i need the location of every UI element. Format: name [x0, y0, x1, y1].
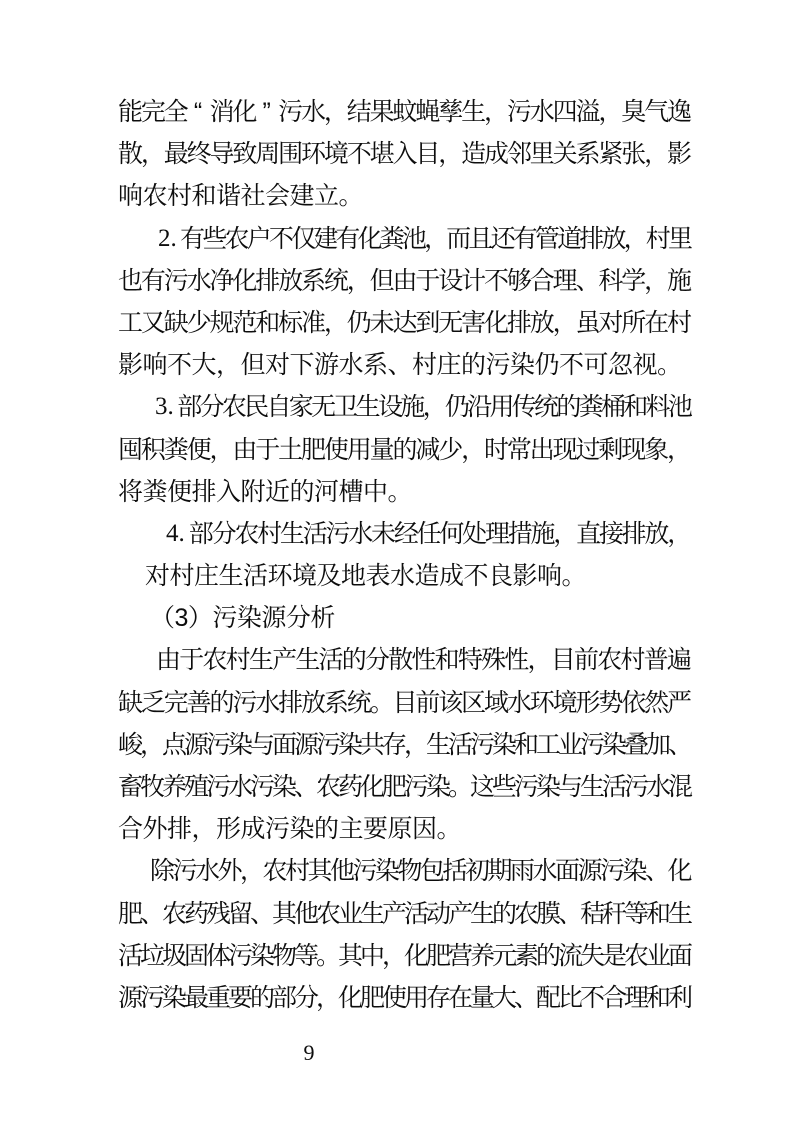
page-number: 9: [298, 1040, 320, 1066]
text-line: （3）污染源分析: [118, 597, 690, 639]
text-line: 响农村和谐社会建立。: [118, 175, 690, 217]
text-line: 肥、农药残留、其他农业生产活动产生的农膜、秸秆等和生: [118, 893, 690, 935]
text-line: 合外排，形成污染的主要原因。: [118, 808, 690, 850]
text-line: 影响不大，但对下游水系、村庄的污染仍不可忽视。: [118, 344, 690, 386]
text-line: 4.部分农村生活污水未经任何处理措施，直接排放，: [118, 513, 690, 555]
text-line: 2.有些农户不仅建有化粪池，而且还有管道排放，村里: [118, 218, 690, 260]
text-line: 将粪便排入附近的河槽中。: [118, 471, 690, 513]
text-line: 对村庄生活环境及地表水造成不良影响。: [118, 555, 690, 597]
text-line: 散，最终导致周围环境不堪入目，造成邻里关系紧张，影: [118, 133, 690, 175]
text-line: 3.部分农民自家无卫生设施，仍沿用传统的粪桶和料池: [118, 386, 690, 428]
text-line: 由于农村生产生活的分散性和特殊性，目前农村普遍: [118, 639, 690, 681]
text-line: 工又缺少规范和标准，仍未达到无害化排放，虽对所在村: [118, 302, 690, 344]
document-page: 能完全“消化”污水，结果蚊蝇孳生，污水四溢，臭气逸散，最终导致周围环境不堪入目，…: [0, 0, 793, 1122]
text-line: 除污水外，农村其他污染物包括初期雨水面源污染、化: [118, 850, 690, 892]
text-line: 能完全“消化”污水，结果蚊蝇孳生，污水四溢，臭气逸: [118, 91, 690, 133]
text-line: 源污染最重要的部分，化肥使用存在量大、配比不合理和利: [118, 977, 690, 1019]
text-line: 畜牧养殖污水污染、农药化肥污染。这些污染与生活污水混: [118, 766, 690, 808]
text-line: 囤积粪便，由于土肥使用量的减少，时常出现过剩现象，: [118, 429, 690, 471]
text-line: 缺乏完善的污水排放系统。目前该区域水环境形势依然严: [118, 682, 690, 724]
document-lines: 能完全“消化”污水，结果蚊蝇孳生，污水四溢，臭气逸散，最终导致周围环境不堪入目，…: [118, 91, 690, 1019]
text-line: 活垃圾固体污染物等。其中，化肥营养元素的流失是农业面: [118, 935, 690, 977]
text-line: 也有污水净化排放系统，但由于设计不够合理、科学，施: [118, 260, 690, 302]
text-line: 峻，点源污染与面源污染共存，生活污染和工业污染叠加、: [118, 724, 690, 766]
